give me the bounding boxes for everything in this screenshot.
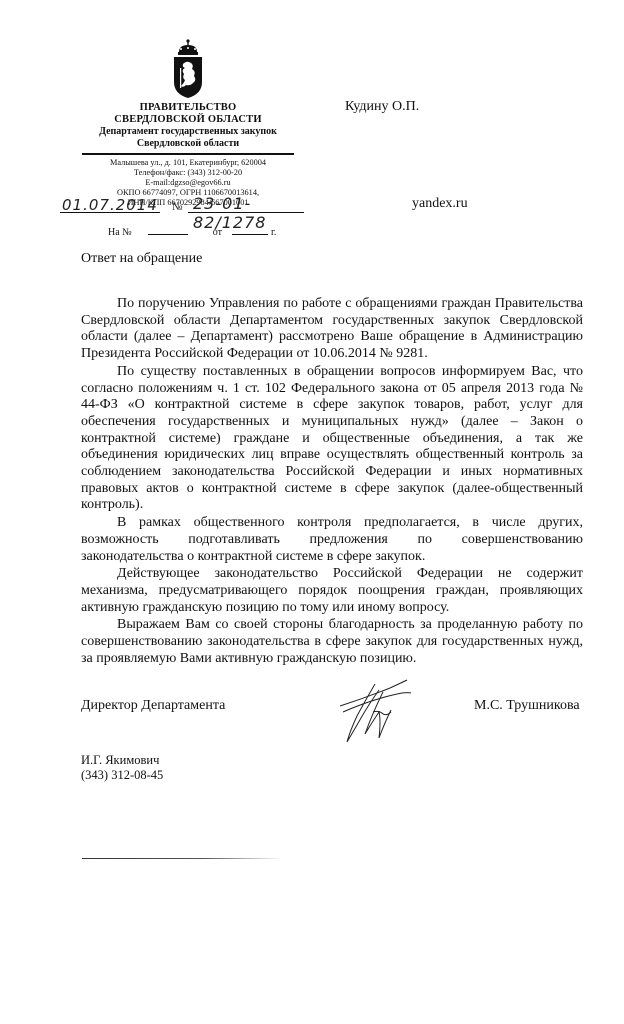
number-label: № <box>172 201 183 213</box>
org-name-line1: ПРАВИТЕЛЬСТВО <box>80 102 296 114</box>
from-label: от <box>213 227 222 238</box>
signatory-title: Директор Департамента <box>81 698 225 714</box>
year-suffix: г. <box>271 227 276 238</box>
address: Малышева ул., д. 101, Екатеринбург, 6200… <box>80 158 296 168</box>
executor-block: И.Г. Якимович (343) 312-08-45 <box>81 753 163 782</box>
letterhead: ПРАВИТЕЛЬСТВО СВЕРДЛОВСКОЙ ОБЛАСТИ Депар… <box>80 38 296 208</box>
body-paragraph: Выражаем Вам со своей стороны благодарно… <box>81 617 583 667</box>
dept-name-line2: Свердловской области <box>80 138 296 150</box>
email: E-mail:dgzso@egov66.ru <box>80 178 296 188</box>
body-paragraph: По существу поставленных в обращении воп… <box>81 364 583 514</box>
executor-phone: (343) 312-08-45 <box>81 768 163 783</box>
body-paragraph: В рамках общественного контроля предпола… <box>81 515 583 565</box>
handwritten-signature-icon <box>335 676 415 746</box>
ref-date-blank <box>232 226 268 235</box>
recipient-email: yandex.ru <box>412 196 468 212</box>
body-paragraph: По поручению Управления по работе с обра… <box>81 296 583 363</box>
letterhead-divider <box>82 153 294 155</box>
ref-number-blank <box>148 226 188 235</box>
reference-line: На № от г. <box>108 226 276 238</box>
letter-subject: Ответ на обращение <box>81 251 202 267</box>
executor-name: И.Г. Якимович <box>81 753 163 768</box>
body-paragraph: Действующее законодательство Российской … <box>81 566 583 616</box>
registration-date: 01.07.2014 <box>62 196 158 214</box>
recipient-name: Кудину О.П. <box>345 99 419 115</box>
phone: Телефон/факс: (343) 312-00-20 <box>80 168 296 178</box>
coat-of-arms-icon <box>157 38 219 100</box>
letter-body: По поручению Управления по работе с обра… <box>81 296 583 668</box>
signatory-name: М.С. Трушникова <box>474 698 580 714</box>
org-name-line2: СВЕРДЛОВСКОЙ ОБЛАСТИ <box>80 114 296 126</box>
registration-line: 01.07.2014 № 23-01-82/1278 <box>60 196 310 218</box>
ref-label: На № <box>108 227 132 238</box>
footer-divider <box>82 858 282 859</box>
dept-name-line1: Департамент государственных закупок <box>80 126 296 138</box>
